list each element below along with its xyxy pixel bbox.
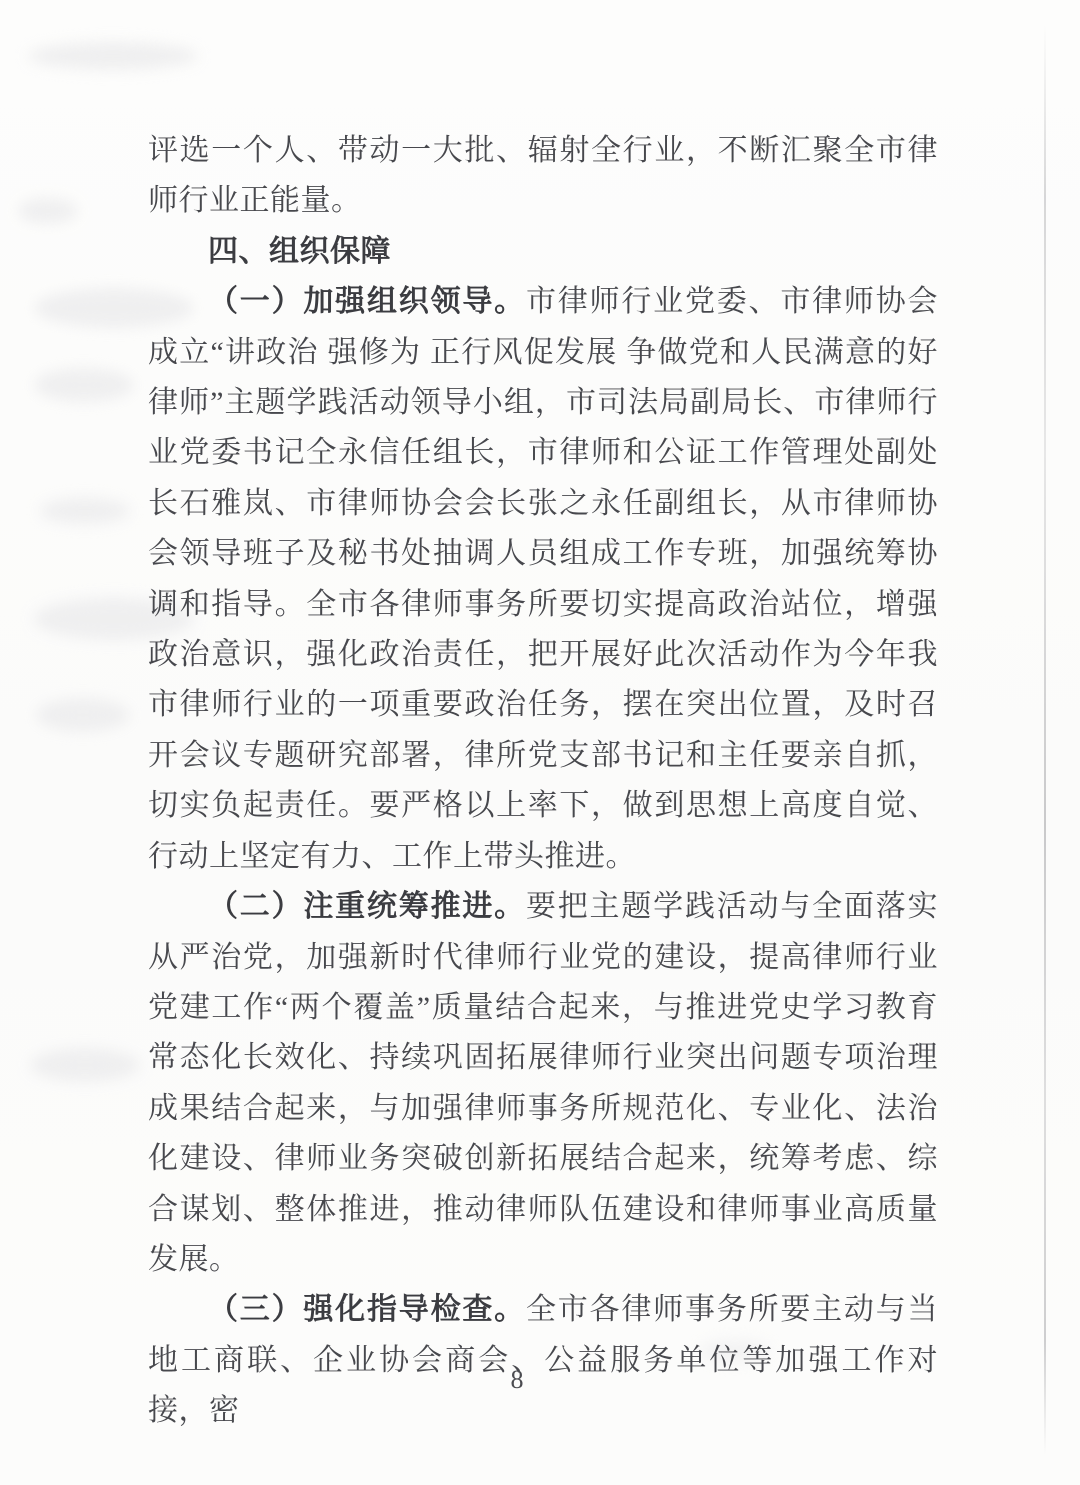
paragraph-1: （一）加强组织领导。市律师行业党委、市律师协会成立“讲政治 强修为 正行风促发展… [148,277,938,882]
page-number: 8 [499,1365,535,1395]
scan-smudge [40,498,130,524]
paragraph-2-body: 要把主题学践活动与全面落实从严治党，加强新时代律师行业党的建设，提高律师行业党建… [148,890,938,1276]
paragraph-continuation: 评选一个人、带动一大批、辐射全行业，不断汇聚全市律师行业正能量。 [148,126,938,227]
paragraph-3-lead: （三）强化指导检查。 [208,1293,526,1326]
scan-smudge [34,368,134,402]
scan-smudge [28,42,198,70]
paragraph-3: （三）强化指导检查。全市各律师事务所要主动与当地工商联、企业协会商会、公益服务单… [148,1285,938,1436]
scan-smudge [36,698,130,732]
paragraph-2: （二）注重统筹推进。要把主题学践活动与全面落实从严治党，加强新时代律师行业党的建… [148,882,938,1285]
scan-smudge [18,198,78,224]
paragraph-1-lead: （一）加强组织领导。 [208,285,526,318]
document-body: 评选一个人、带动一大批、辐射全行业，不断汇聚全市律师行业正能量。 四、组织保障 … [148,126,938,1437]
scan-edge-line [1044,25,1046,1455]
section-heading: 四、组织保障 [148,227,938,277]
scan-smudge [30,1048,140,1082]
document-page: 评选一个人、带动一大批、辐射全行业，不断汇聚全市律师行业正能量。 四、组织保障 … [0,0,1080,1485]
paragraph-1-body: 市律师行业党委、市律师协会成立“讲政治 强修为 正行风促发展 争做党和人民满意的… [148,285,938,872]
paragraph-2-lead: （二）注重统筹推进。 [208,890,526,923]
